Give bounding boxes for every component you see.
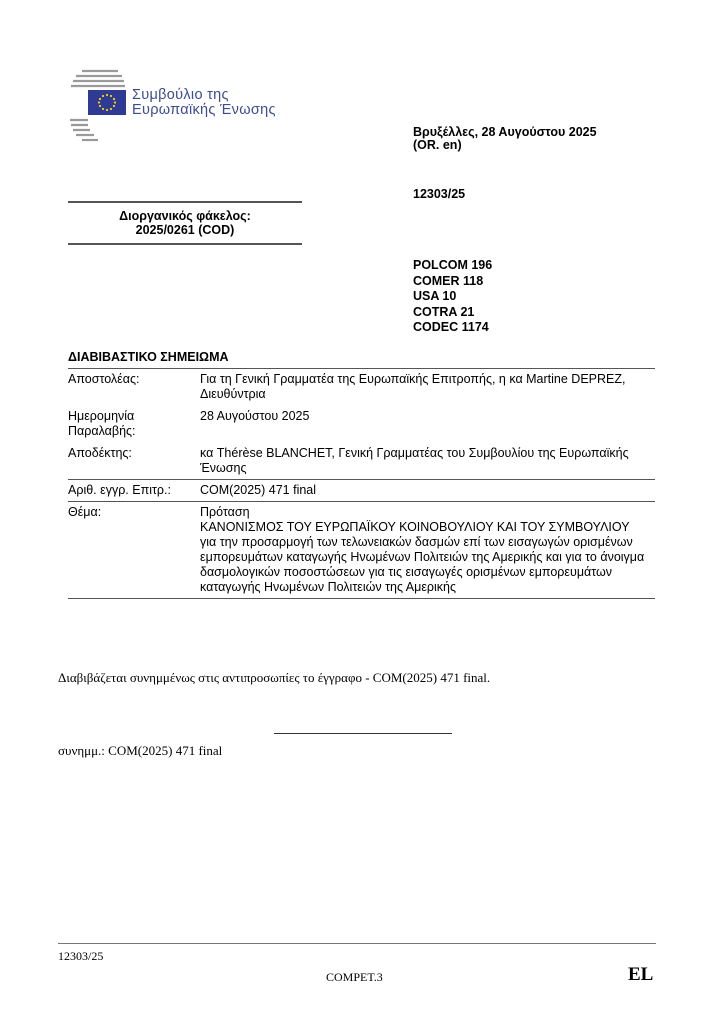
footer-language: EL: [628, 964, 653, 986]
cover-note-table: Αποστολέας: Για τη Γενική Γραμματέα της …: [68, 368, 655, 599]
table-bottom-rule: [68, 598, 655, 599]
commission-doc-label: Αριθ. εγγρ. Επιτρ.:: [68, 483, 200, 498]
row-sender: Αποστολέας: Για τη Γενική Γραμματέα της …: [68, 368, 655, 405]
row-date-received: Ημερομηνία Παραλαβής: 28 Αυγούστου 2025: [68, 405, 655, 442]
code-item: COTRA 21: [413, 305, 492, 321]
subject-type: Πρόταση: [200, 505, 655, 520]
enclosure-text: συνημμ.: COM(2025) 471 final: [58, 743, 222, 759]
subject-title: ΚΑΝΟΝΙΣΜΟΣ ΤΟΥ ΕΥΡΩΠΑΪΚΟΥ ΚΟΙΝΟΒΟΥΛΙΟΥ Κ…: [200, 520, 655, 535]
council-logo: Συμβούλιο της Ευρωπαϊκής Ένωσης: [68, 66, 308, 156]
recipient-value: κα Thérèse BLANCHET, Γενική Γραμματέας τ…: [200, 446, 655, 476]
council-name-line2: Ευρωπαϊκής Ένωσης: [132, 103, 276, 118]
code-item: POLCOM 196: [413, 258, 492, 274]
footer-rule: [58, 943, 656, 944]
document-number: 12303/25: [413, 187, 465, 201]
classification-codes: POLCOM 196 COMER 118 USA 10 COTRA 21 COD…: [413, 258, 492, 336]
code-item: CODEC 1174: [413, 320, 492, 336]
code-item: USA 10: [413, 289, 492, 305]
cover-note-title: ΔΙΑΒΙΒΑΣΤΙΚΟ ΣΗΜΕΙΩΜΑ: [68, 350, 229, 364]
row-commission-doc: Αριθ. εγγρ. Επιτρ.: COM(2025) 471 final: [68, 479, 655, 501]
council-name-line1: Συμβούλιο της: [132, 88, 276, 103]
subject-label: Θέμα:: [68, 505, 200, 595]
eu-flag-icon: [88, 90, 126, 115]
subject-description: για την προσαρμογή των τελωνειακών δασμώ…: [200, 535, 655, 595]
commission-doc-value: COM(2025) 471 final: [200, 483, 655, 498]
date-received-value: 28 Αυγούστου 2025: [200, 409, 655, 439]
separator-line: [274, 733, 452, 734]
row-subject: Θέμα: Πρόταση ΚΑΝΟΝΙΣΜΟΣ ΤΟΥ ΕΥΡΩΠΑΪΚΟΥ …: [68, 501, 655, 598]
interinstitutional-file: Διοργανικός φάκελος: 2025/0261 (COD): [68, 201, 302, 245]
transmission-text: Διαβιβάζεται συνημμένως στις αντιπροσωπί…: [58, 670, 490, 686]
dossier-value: 2025/0261 (COD): [68, 223, 302, 237]
date-received-label: Ημερομηνία Παραλαβής:: [68, 409, 200, 439]
council-name: Συμβούλιο της Ευρωπαϊκής Ένωσης: [132, 88, 276, 118]
sender-value: Για τη Γενική Γραμματέα της Ευρωπαϊκής Ε…: [200, 372, 655, 402]
footer-unit: COMPET.3: [326, 970, 383, 985]
subject-value: Πρόταση ΚΑΝΟΝΙΣΜΟΣ ΤΟΥ ΕΥΡΩΠΑΪΚΟΥ ΚΟΙΝΟΒ…: [200, 505, 655, 595]
sender-label: Αποστολέας:: [68, 372, 200, 402]
dossier-label: Διοργανικός φάκελος:: [68, 209, 302, 223]
footer-doc-number: 12303/25: [58, 949, 103, 964]
place-and-date: Βρυξέλλες, 28 Αυγούστου 2025 (OR. en): [413, 126, 597, 152]
recipient-label: Αποδέκτης:: [68, 446, 200, 476]
original-language: (OR. en): [413, 139, 597, 152]
code-item: COMER 118: [413, 274, 492, 290]
row-recipient: Αποδέκτης: κα Thérèse BLANCHET, Γενική Γ…: [68, 442, 655, 479]
